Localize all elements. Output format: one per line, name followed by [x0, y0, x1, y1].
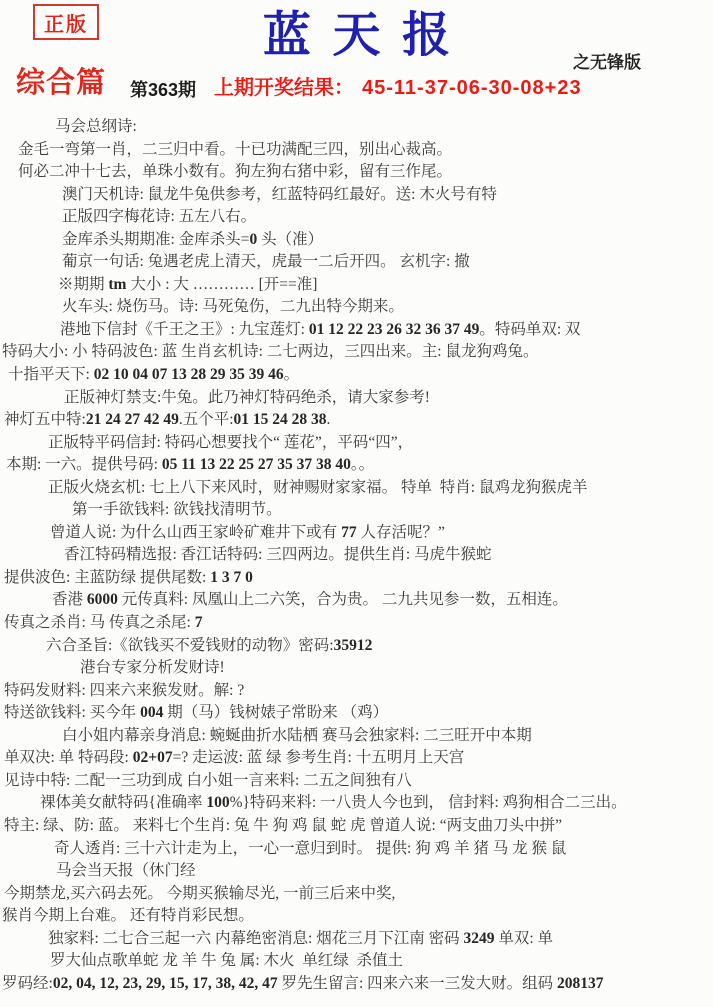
page-title: 蓝天报	[241, 0, 471, 65]
authentic-stamp: 正版	[33, 4, 99, 40]
text-line: 火车头: 烧伤马。诗: 马死兔伤，二九出特今期来。	[0, 296, 713, 319]
text-line: 马会总纲诗:	[0, 116, 713, 139]
text-line: 神灯五中特:21 24 27 42 49.五个平:01 15 24 28 38.	[0, 409, 713, 432]
text-line: 本期: 一六。提供号码: 05 11 13 22 25 27 35 37 38 …	[0, 454, 713, 477]
text-line: 澳门天机诗: 鼠龙牛兔供参考，红蓝特码红最好。送: 木火号有特	[0, 184, 713, 207]
text-line: 曾道人说: 为什么山西王家岭矿难井下或有 77 人存活呢？”	[0, 522, 713, 545]
section-label: 综合篇	[16, 60, 106, 101]
text-line: 金库杀头期期准: 金库杀头=0 头（准）	[0, 229, 713, 252]
text-line: 特码发财料: 四来六来猴发财。解: ?	[0, 680, 713, 703]
text-line: 罗码经:02, 04, 12, 23, 29, 15, 17, 38, 42, …	[0, 973, 713, 996]
text-line: 特送欲钱料: 买今年 004 期（马）钱树婊子常盼来 （鸡）	[0, 702, 713, 725]
text-line: 独家料: 二七合三起一六 内幕绝密消息: 烟花三月下江南 密码 3249 单双:…	[0, 928, 713, 951]
text-line: 奇人透肖: 三十六计走为上，一心一意归到时。 提供: 狗 鸡 羊 猪 马 龙 猴…	[0, 838, 713, 861]
text-line: 第一手欲钱料: 欲钱找清明节。	[0, 499, 713, 522]
newspaper-page: 正版 蓝天报 之无锋版 综合篇 第363期 上期开奖结果：45-11-37-06…	[0, 0, 713, 1007]
text-line: 罗大仙点歌单蛇 龙 羊 牛 兔 属: 木火 单红绿 杀值土	[0, 950, 713, 973]
text-line: 六合圣旨:《欲钱买不爱钱财的动物》密码:35912	[0, 635, 713, 658]
text-line: 香港 6000 元传真料: 凤凰山上二六笑，合为贵。 二九共见参一数，五相连。	[0, 589, 713, 612]
text-line: 十指平天下: 02 10 04 07 13 28 29 35 39 46。	[0, 364, 713, 387]
text-line: 猴肖今期上台难。 还有特肖彩民想。	[0, 905, 713, 928]
text-line: 港台专家分析发财诗!	[0, 657, 713, 680]
last-draw-label: 上期开奖结果：	[214, 77, 354, 99]
body-text: 马会总纲诗:金毛一弯第一肖，二三归中看。十已功满配三四，别出心裁高。何必二冲十七…	[0, 116, 713, 995]
text-line: 金毛一弯第一肖，二三归中看。十已功满配三四，别出心裁高。	[0, 139, 713, 162]
text-line: 单双决: 单 特码段: 02+07=? 走运波: 蓝 绿 参考生肖: 十五明月上…	[0, 747, 713, 770]
text-line: 见诗中特: 二配一三功到成 白小姐一言来料: 二五之间独有八	[0, 770, 713, 793]
text-line: 特主: 绿、防: 蓝。 来料七个生肖: 兔 牛 狗 鸡 鼠 蛇 虎 曾道人说: …	[0, 815, 713, 838]
last-draw-result: 上期开奖结果：45-11-37-06-30-08+23	[214, 71, 582, 100]
edition-label: 之无锋版	[573, 48, 641, 73]
text-line: 特码大小: 小 特码波色: 蓝 生肖玄机诗: 二七两边，三四出来。主: 鼠龙狗鸡…	[0, 341, 713, 364]
authentic-stamp-label: 正版	[44, 8, 88, 37]
text-line: 正版特平码信封: 特码心想要找个“ 莲花”，平码“四”，	[0, 432, 713, 455]
text-line: 正版火烧玄机: 七上八下来风时，财神赐财家家福。 特单 特肖: 鼠鸡龙狗猴虎羊	[0, 477, 713, 500]
text-line: 裸体美女献特码{准确率 100%}特码来料: 一八贵人今也到， 信封料: 鸡狗相…	[0, 792, 713, 815]
text-line: 葡京一句话: 兔遇老虎上清天，虎最一二后开四。 玄机字: 撤	[0, 251, 713, 274]
text-line: 白小姐内幕亲身消息: 蜿蜒曲折水陆栖 赛马会独家料: 二三旺开中本期	[0, 725, 713, 748]
text-line: 正版四字梅花诗: 五左八右。	[0, 206, 713, 229]
text-line: 马会当天报（休门经	[0, 860, 713, 883]
text-line: ※期期 tm 大小 : 大 ………… [开==准]	[0, 274, 713, 297]
issue-number: 第363期	[130, 76, 196, 102]
text-line: 正版神灯禁支:牛兔。此乃神灯特码绝杀，请大家参考!	[0, 387, 713, 410]
text-line: 提供波色: 主蓝防绿 提供尾数: 1 3 7 0	[0, 567, 713, 590]
text-line: 今期禁龙,买六码去死。 今期买猴输尽光, 一前三后来中奖,	[0, 883, 713, 906]
text-line: 传真之杀肖: 马 传真之杀尾: 7	[0, 612, 713, 635]
text-line: 港地下信封《千王之王》: 九宝莲灯: 01 12 22 23 26 32 36 …	[0, 319, 713, 342]
last-draw-numbers: 45-11-37-06-30-08+23	[354, 77, 582, 99]
text-line: 香江特码精选报: 香江话特码: 三四两边。提供生肖: 马虎牛猴蛇	[0, 544, 713, 567]
text-line: 何必二冲十七去，单珠小数有。狗左狗右猪中彩，留有三作尾。	[0, 161, 713, 184]
